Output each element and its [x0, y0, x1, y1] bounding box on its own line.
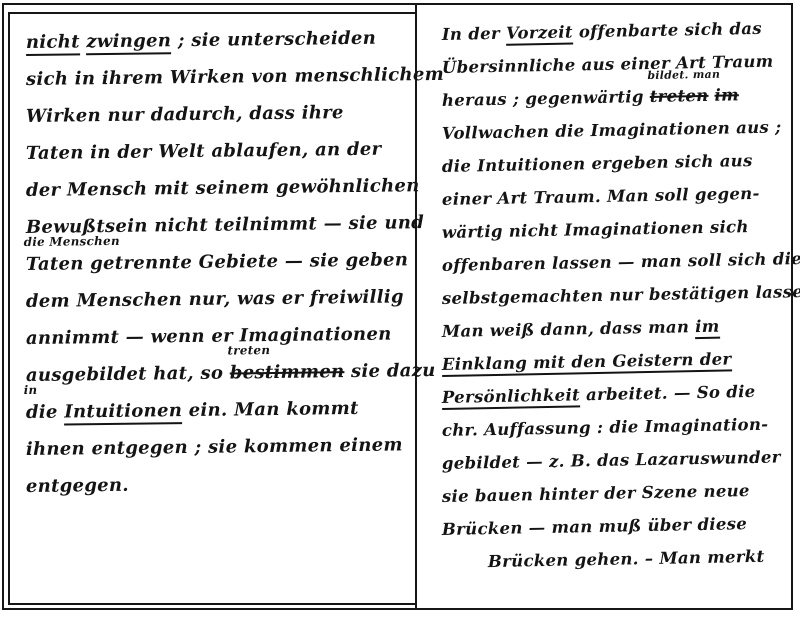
handwritten-line: sich in ihrem Wirken von menschlichem	[26, 56, 404, 98]
inserted-correction: die Menschen	[24, 235, 120, 248]
manuscript-scan: nicht zwingen ; sie unterscheidensich in…	[0, 0, 800, 617]
handwritten-text: ihnen entgegen ; sie kommen einem	[26, 434, 403, 460]
handwritten-text: Wirken nur dadurch, dass ihre	[26, 102, 344, 127]
handwritten-text: der Mensch mit seinem gewöhnlichen	[26, 175, 420, 201]
handwritten-text: Taten in der Welt ablaufen, an der	[26, 139, 382, 164]
handwritten-text: annimmt — wenn er Imaginationen	[26, 324, 392, 349]
underlined-text: Vorzeit	[506, 22, 573, 45]
handwritten-text: die Intuitionen ergeben sich aus	[442, 151, 753, 176]
handwritten-line: Taten in der Welt ablaufen, an der	[26, 130, 404, 172]
handwritten-line: der Mensch mit seinem gewöhnlichen	[26, 167, 404, 209]
handwritten-line: dem Menschen nur, was er freiwillig	[26, 278, 404, 320]
handwritten-text: ein. Man kommt	[182, 398, 359, 421]
correction-stack: die MenschenTaten	[26, 245, 84, 283]
handwritten-text: gebildet — z. B. das Lazaruswunder	[442, 447, 781, 472]
struck-text: im	[714, 85, 739, 104]
handwritten-text: wärtig nicht Imaginationen sich	[442, 217, 749, 242]
handwritten-text: chr. Auffassung : die Imagination-	[442, 415, 769, 440]
handwritten-line: indie Intuitionen ein. Man kommt	[26, 389, 404, 431]
struck-text: treten	[650, 86, 709, 106]
underlined-text: im	[695, 317, 720, 339]
handwritten-text: dem Menschen nur, was er freiwillig	[26, 286, 404, 312]
handwritten-text: sie dazu	[344, 360, 435, 382]
inserted-correction: bildet. man	[647, 70, 720, 82]
underlined-text: Persönlichkeit	[442, 385, 580, 410]
handwritten-text: offenbaren lassen — man soll sich die	[442, 249, 800, 275]
handwritten-text: ausgebildet hat, so	[26, 363, 230, 386]
page-divider	[415, 3, 417, 608]
handwritten-line: Brücken gehen. – Man merkt	[442, 539, 791, 579]
handwritten-text: einer Art Traum. Man soll gegen-	[442, 184, 760, 209]
handwritten-line: ihnen entgegen ; sie kommen einem	[26, 426, 404, 468]
inserted-correction: treten	[227, 345, 270, 357]
handwritten-text: arbeitet. — So die	[580, 382, 756, 404]
handwritten-text: offenbarte sich das	[573, 19, 762, 42]
handwritten-text: Brücken gehen. – Man merkt	[488, 547, 765, 571]
underlined-text: zwingen	[86, 30, 171, 55]
handwritten-line: nicht zwingen ; sie unterscheiden	[26, 19, 404, 61]
handwritten-text: entgegen.	[26, 475, 129, 497]
correction-stack: tretenbestimmen	[230, 353, 345, 391]
handwritten-text: die	[26, 402, 58, 423]
underlined-text: Einklang mit den Geistern der	[442, 349, 732, 377]
manuscript-page-right: In der Vorzeit offenbarte sich dasÜbersi…	[442, 18, 790, 579]
struck-text: bestimmen	[230, 361, 345, 383]
correction-stack: indie	[26, 394, 58, 431]
handwritten-text: selbstgemachten nur bestätigen lassen	[442, 282, 800, 308]
inserted-correction: in	[24, 384, 38, 396]
handwritten-text: Taten	[26, 253, 84, 275]
handwritten-text: Übersinnliche aus einer Art Traum	[442, 52, 774, 77]
handwritten-text: sich in ihrem Wirken von menschlichem	[26, 64, 444, 90]
handwritten-line: ausgebildet hat, so tretenbestimmen sie …	[26, 352, 404, 394]
handwritten-line: entgegen.	[26, 463, 404, 505]
handwritten-line: Wirken nur dadurch, dass ihre	[26, 93, 404, 135]
handwritten-text: ; sie unterscheiden	[171, 28, 376, 52]
handwritten-text: Man weiß dann, dass man	[442, 317, 696, 341]
underlined-text: Intuitionen	[64, 400, 182, 425]
underlined-text: nicht	[26, 31, 80, 56]
handwritten-text: heraus ; gegenwärtig	[442, 87, 650, 110]
handwritten-text: Vollwachen die Imaginationen aus ;	[442, 117, 782, 143]
handwritten-text: getrennte Gebiete — sie geben	[84, 249, 409, 274]
handwritten-text: Brücken — man muß über diese	[442, 514, 747, 539]
handwritten-line: annimmt — wenn er Imaginationen	[26, 315, 404, 357]
handwritten-line: die MenschenTaten getrennte Gebiete — si…	[26, 241, 404, 283]
handwritten-text: sie bauen hinter der Szene neue	[442, 481, 750, 506]
handwritten-text: In der	[442, 24, 506, 44]
correction-stack: bildet. mantreten	[649, 79, 708, 113]
manuscript-page-left: nicht zwingen ; sie unterscheidensich in…	[26, 24, 404, 505]
